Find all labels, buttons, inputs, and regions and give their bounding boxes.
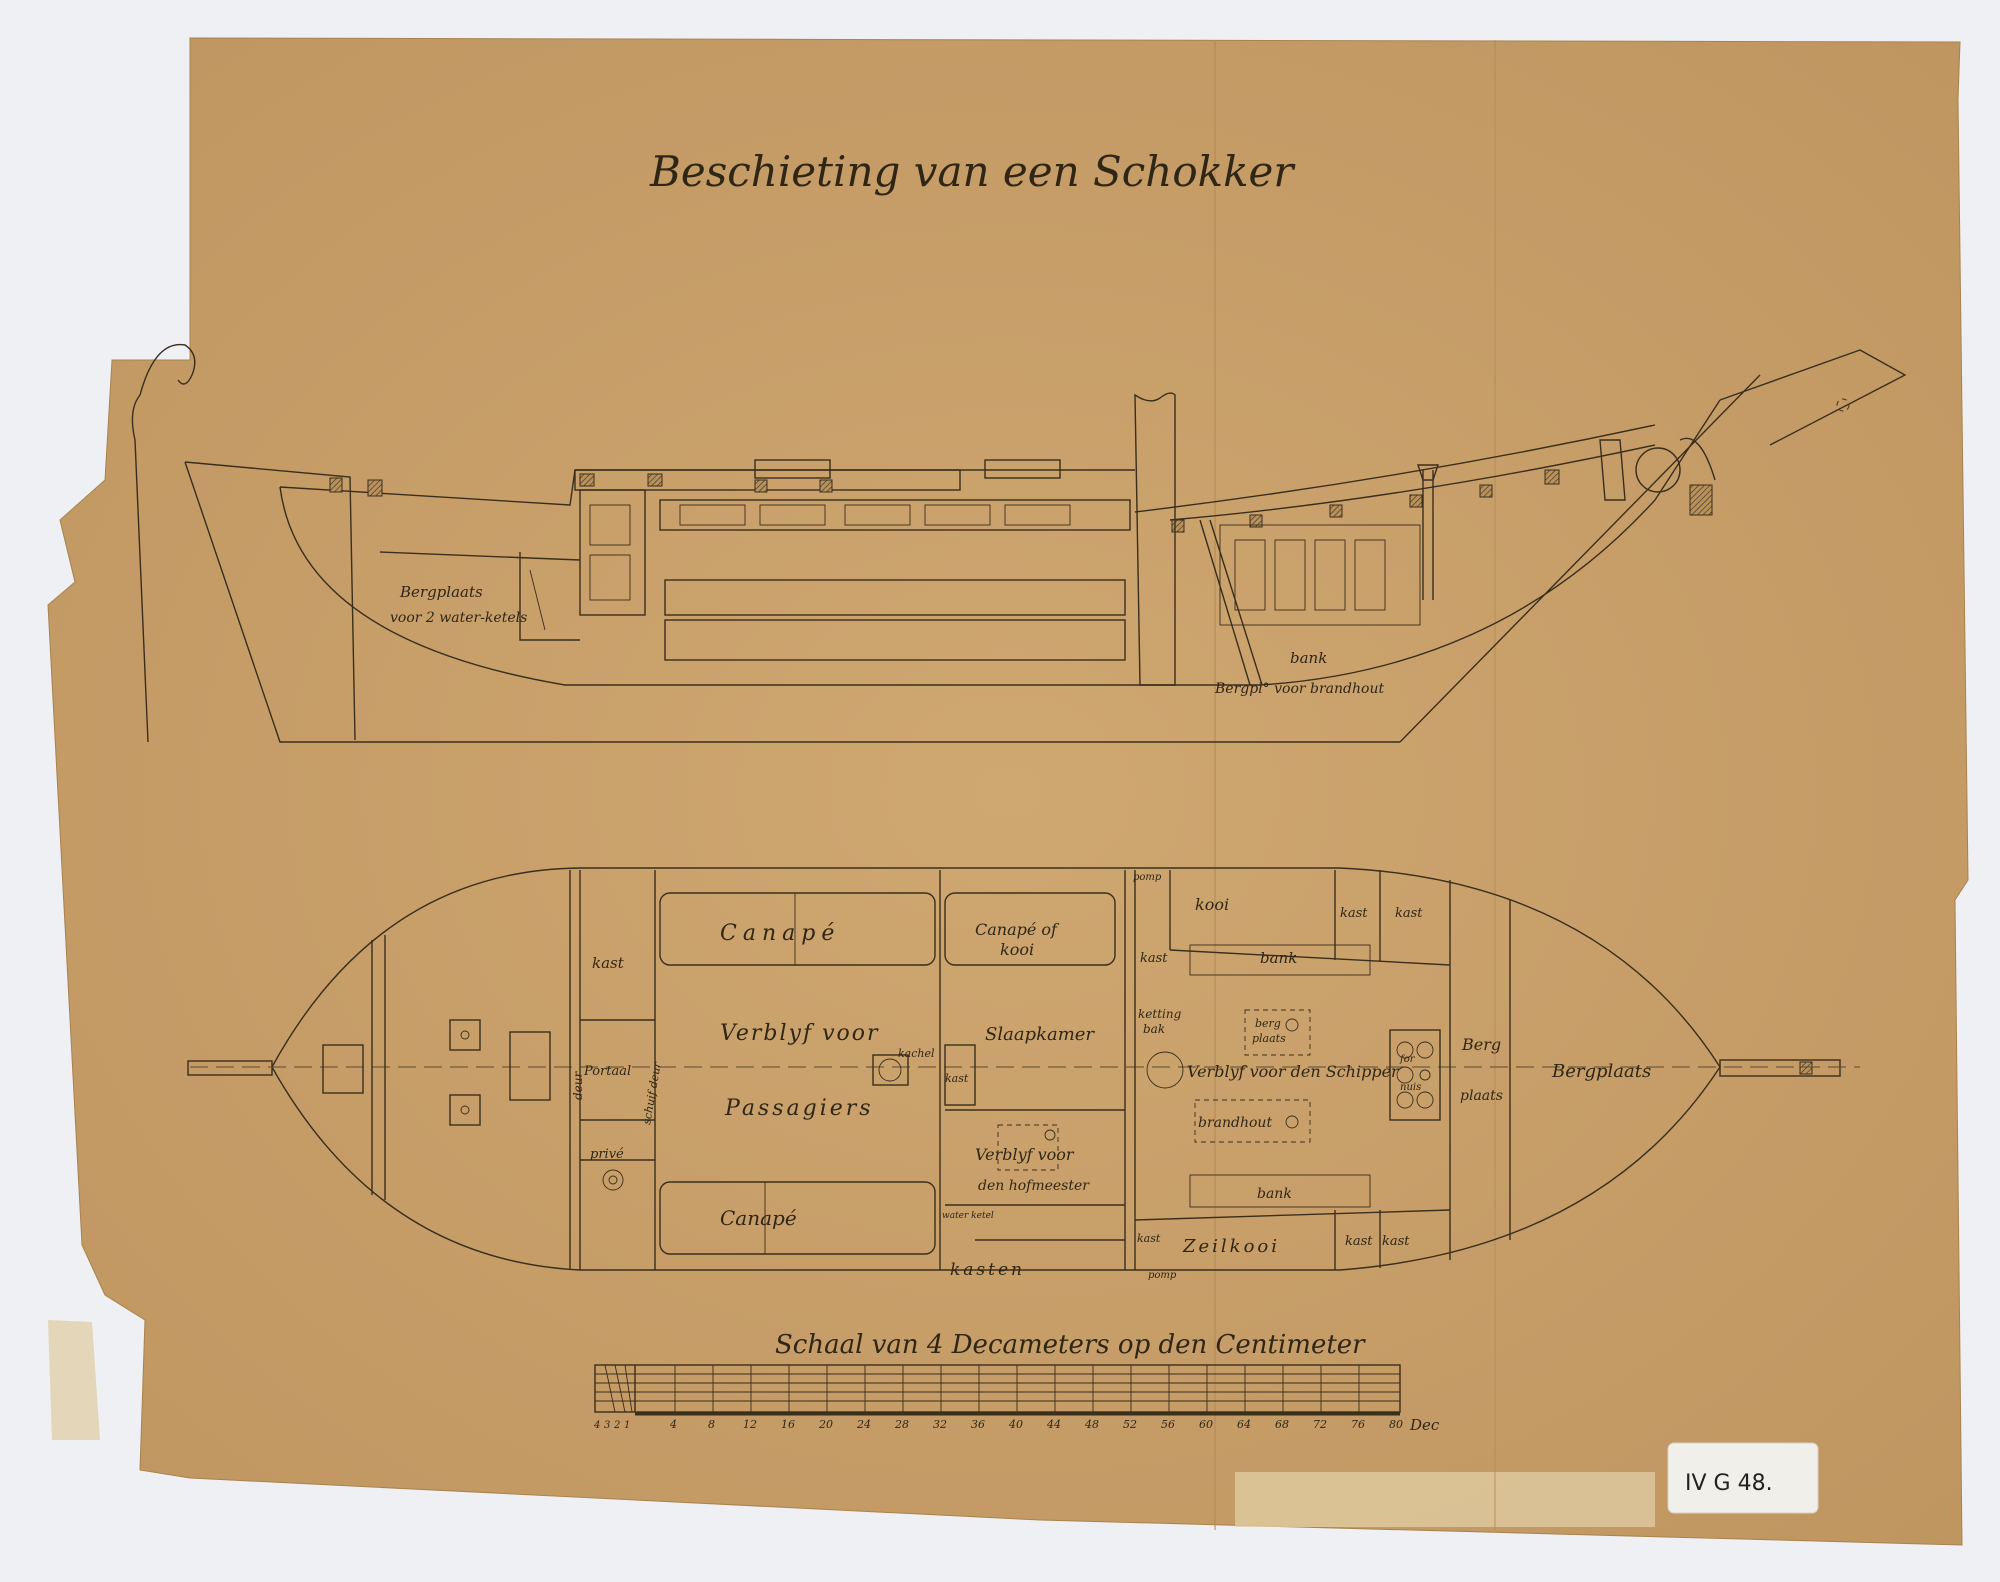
label-canape-bottom: Canapé xyxy=(720,1206,797,1230)
scale-tick: 76 xyxy=(1351,1418,1365,1431)
catalog-number: IV G 48. xyxy=(1685,1471,1773,1496)
scale-tick: 64 xyxy=(1237,1418,1251,1431)
scale-tick: 24 xyxy=(856,1418,871,1431)
label-fornuis-1: for xyxy=(1399,1054,1416,1065)
label-bank-bottom: bank xyxy=(1257,1186,1292,1202)
scale-tick: 36 xyxy=(971,1418,985,1431)
scale-tick: 44 xyxy=(1046,1418,1061,1431)
scale-tick: 80 xyxy=(1389,1418,1403,1431)
scale-tick: 52 xyxy=(1123,1418,1137,1431)
label-kast-aft: kast xyxy=(592,954,625,972)
ship-drawing-sheet: Beschieting van een Schokker xyxy=(0,0,2000,1582)
scale-left-tick: 1 xyxy=(624,1420,630,1431)
repair-patch xyxy=(48,1320,100,1440)
drawing-title: Beschieting van een Schokker xyxy=(649,147,1296,196)
label-kooi: kooi xyxy=(1195,895,1229,914)
label-prive: privé xyxy=(590,1147,624,1162)
label-berg-plaats-box-2: plaats xyxy=(1252,1032,1286,1045)
scale-tick: 68 xyxy=(1275,1418,1289,1431)
label-water-ketel: water ketel xyxy=(942,1211,994,1221)
scale-tick: 20 xyxy=(818,1418,833,1431)
label-passenger-room-1: Verblyf voor xyxy=(720,1021,880,1046)
label-kast-sb-2: kast xyxy=(1382,1234,1410,1249)
label-aft-storage: Bergplaats xyxy=(399,583,483,601)
label-kast-fwd-1: kast xyxy=(1340,906,1368,921)
scale-left-tick: 4 xyxy=(593,1420,600,1431)
label-canape-of-kooi-2: kooi xyxy=(1000,940,1034,959)
label-berg-1: Berg xyxy=(1461,1035,1501,1054)
label-berg-2: plaats xyxy=(1460,1088,1503,1104)
scale-tick: 4 xyxy=(669,1418,677,1431)
label-steward-room-2: den hofmeester xyxy=(978,1178,1090,1194)
label-aft-storage-line2: voor 2 water-ketels xyxy=(390,610,527,626)
label-kasten: kasten xyxy=(950,1260,1025,1280)
scale-tick: 56 xyxy=(1161,1418,1175,1431)
label-fornuis-2: nuis xyxy=(1400,1082,1421,1093)
label-bench-side: bank xyxy=(1290,649,1327,667)
scale-tick: 48 xyxy=(1084,1418,1099,1431)
label-portaal: Portaal xyxy=(583,1064,631,1079)
label-skipper-room: Verblyf voor den Schipper xyxy=(1187,1062,1400,1081)
scale-tick: 12 xyxy=(743,1418,757,1431)
label-brandhout: brandhout xyxy=(1198,1115,1272,1131)
scale-tick: 72 xyxy=(1313,1418,1327,1431)
scale-tick: 16 xyxy=(781,1418,795,1431)
label-pomp-top: pomp xyxy=(1133,872,1162,883)
scale-title: Schaal van 4 Decameters op den Centimete… xyxy=(775,1330,1366,1360)
paper-sheet xyxy=(48,38,1968,1545)
label-ketting-bak-2: bak xyxy=(1143,1022,1165,1036)
scale-left-tick: 3 xyxy=(604,1420,610,1431)
label-steward-room-1: Verblyf voor xyxy=(975,1145,1075,1164)
label-zeilkooi: Zeilkooi xyxy=(1182,1236,1280,1257)
label-kast-sb-1: kast xyxy=(1345,1234,1373,1249)
catalog-label: IV G 48. xyxy=(1668,1443,1818,1513)
scale-tick: 8 xyxy=(708,1418,715,1431)
label-berg-plaats-box-1: berg xyxy=(1255,1017,1281,1030)
scale-left-tick: 2 xyxy=(613,1420,620,1431)
label-pomp-bottom: pomp xyxy=(1148,1270,1177,1281)
label-deur: deur xyxy=(571,1070,585,1100)
label-kast-starboard: kast xyxy=(1137,1232,1161,1245)
label-slaapkamer: Slaapkamer xyxy=(985,1024,1095,1045)
label-bergplaats-bow: Bergplaats xyxy=(1551,1061,1651,1082)
label-passenger-room-2: Passagiers xyxy=(724,1096,874,1121)
label-kast-port: kast xyxy=(1140,951,1168,966)
scale-tick: 60 xyxy=(1199,1418,1213,1431)
label-canape-top: Canapé xyxy=(720,921,840,946)
repair-strip xyxy=(1235,1472,1655,1527)
label-ketting-bak-1: ketting xyxy=(1138,1007,1182,1021)
label-bank-top: bank xyxy=(1260,949,1297,967)
label-firewood-storage: Bergpl° voor brandhout xyxy=(1214,681,1384,697)
label-canape-of-kooi-1: Canapé of xyxy=(975,920,1060,939)
scale-tick: 32 xyxy=(933,1418,947,1431)
label-kast-mid: kast xyxy=(945,1072,969,1085)
scale-unit: Dec xyxy=(1409,1416,1440,1434)
label-kast-fwd-2: kast xyxy=(1395,906,1423,921)
scale-tick: 40 xyxy=(1008,1418,1023,1431)
label-kachel: kachel xyxy=(898,1047,935,1060)
scale-tick: 28 xyxy=(894,1418,909,1431)
